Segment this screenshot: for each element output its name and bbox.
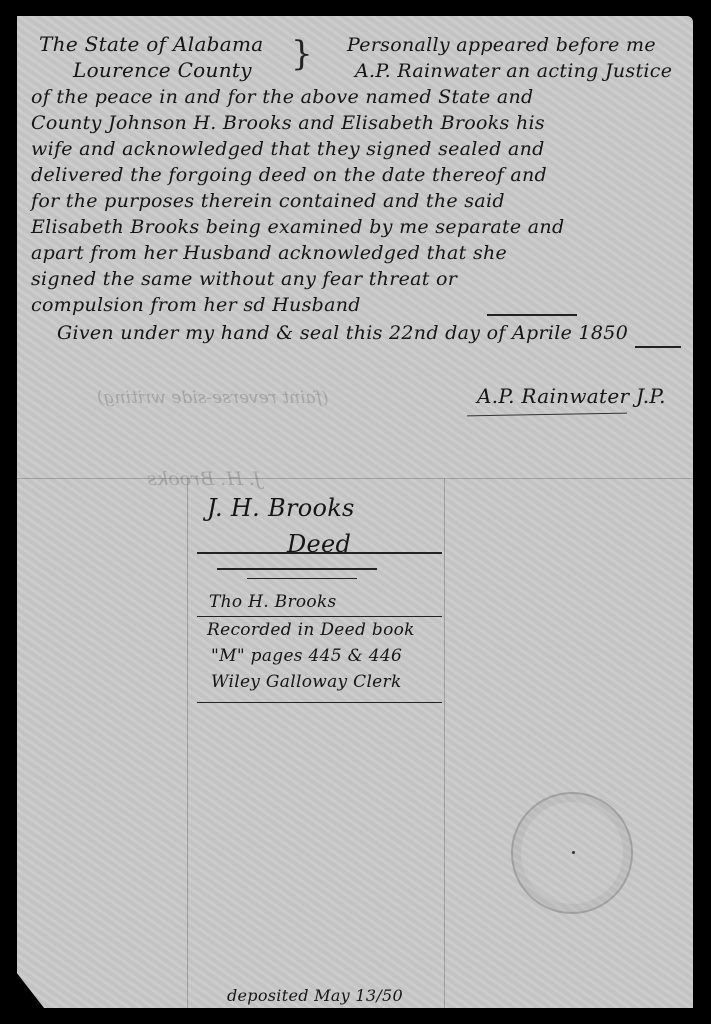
body-line-12: Given under my hand & seal this 22nd day… bbox=[57, 322, 628, 344]
docket-rule-4 bbox=[197, 616, 442, 617]
docket-rule-2 bbox=[217, 568, 377, 570]
year-underline bbox=[635, 346, 681, 348]
body-line-2: A.P. Rainwater an acting Justice bbox=[355, 60, 672, 82]
docket-rule-1 bbox=[197, 552, 442, 554]
bleed-through-name: J. H. Brooks bbox=[147, 468, 261, 490]
body-line-4: County Johnson H. Brooks and Elisabeth B… bbox=[31, 112, 545, 134]
vertical-fold-line-left bbox=[187, 478, 188, 1008]
line-filler-rule bbox=[487, 314, 577, 316]
body-line-6: delivered the forgoing deed on the date … bbox=[31, 164, 547, 186]
header-state: The State of Alabama bbox=[39, 32, 264, 56]
header-county: Lourence County bbox=[73, 58, 252, 82]
body-line-9: apart from her Husband acknowledged that… bbox=[31, 242, 507, 264]
vertical-fold-line-right bbox=[444, 478, 445, 1008]
embossed-seal bbox=[511, 792, 633, 914]
body-line-7: for the purposes therein contained and t… bbox=[31, 190, 505, 212]
body-line-1: Personally appeared before me bbox=[347, 34, 656, 56]
body-line-10: signed the same without any fear threat … bbox=[31, 268, 457, 290]
docket-recorded: Recorded in Deed book bbox=[207, 620, 415, 640]
docket-title-deed: Deed bbox=[287, 530, 351, 558]
docket-title-name: J. H. Brooks bbox=[207, 494, 355, 522]
justice-signature: A.P. Rainwater J.P. bbox=[477, 384, 666, 408]
body-line-8: Elisabeth Brooks being examined by me se… bbox=[31, 216, 564, 238]
body-line-5: wife and acknowledged that they signed s… bbox=[31, 138, 545, 160]
deposited-note: deposited May 13/50 bbox=[227, 986, 403, 1005]
docket-rule-5 bbox=[197, 702, 442, 703]
brace-glyph: } bbox=[291, 34, 313, 74]
bleed-through-text: (faint reverse-side writing) bbox=[97, 388, 329, 408]
docket-grantee: Tho H. Brooks bbox=[209, 592, 337, 612]
signature-flourish bbox=[467, 413, 627, 417]
body-line-3: of the peace in and for the above named … bbox=[31, 86, 534, 108]
docket-clerk: Wiley Galloway Clerk bbox=[211, 672, 402, 692]
docket-pages: "M" pages 445 & 446 bbox=[211, 646, 402, 666]
deed-page: The State of Alabama Lourence County } P… bbox=[17, 16, 693, 1008]
body-line-11: compulsion from her sd Husband bbox=[31, 294, 361, 316]
horizontal-fold-line bbox=[17, 478, 693, 479]
docket-rule-3 bbox=[247, 578, 357, 579]
